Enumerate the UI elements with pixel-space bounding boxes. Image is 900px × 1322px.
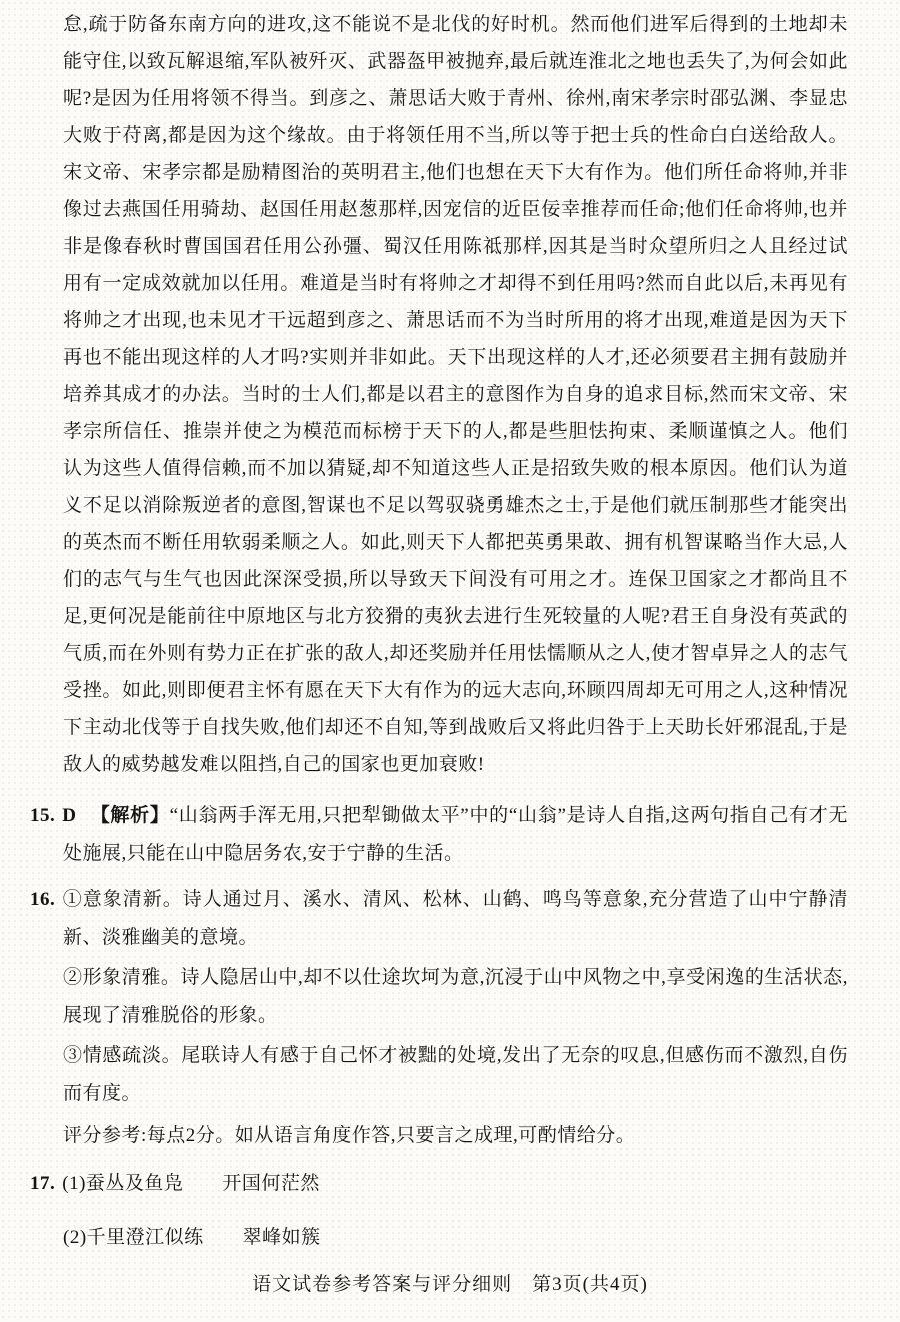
translation-paragraph: 怠,疏于防备东南方向的进攻,这不能说不是北伐的好时机。然而他们进军后得到的土地却… [63, 6, 848, 783]
item-16-point-3: ③情感疏淡。尾联诗人有感于自己怀才被黜的处境,发出了无奈的叹息,但感伤而不激烈,… [63, 1037, 848, 1113]
item-17-answer-1-row: 17.(1)蚕丛及鱼凫 开国何茫然 [63, 1165, 848, 1203]
item-16-point-2: ②形象清雅。诗人隐居山中,却不以仕途坎坷为意,沉浸于山中风物之中,享受闲逸的生活… [63, 959, 848, 1035]
item-16-point-1: ①意象清新。诗人通过月、溪水、清风、松林、山鹤、鸣鸟等意象,充分营造了山中宁静清… [62, 889, 848, 948]
page-content: 怠,疏于防备东南方向的进攻,这不能说不是北伐的好时机。然而他们进军后得到的土地却… [0, 0, 900, 1257]
item-16-scoring-note: 评分参考:每点2分。如从语言角度作答,只要言之成理,可酌情给分。 [63, 1117, 848, 1155]
item-16: 16.①意象清新。诗人通过月、溪水、清风、松林、山鹤、鸣鸟等意象,充分营造了山中… [63, 881, 848, 1155]
item-16-number: 16. [30, 889, 55, 910]
item-15-answer: D [62, 805, 76, 826]
item-17: 17.(1)蚕丛及鱼凫 开国何茫然 (2)千里澄江似练 翠峰如簇 [63, 1165, 848, 1257]
item-17-answer-2: (2)千里澄江似练 翠峰如簇 [63, 1219, 848, 1257]
item-17-number: 17. [30, 1173, 55, 1194]
item-15-text: “山翁两手浑无用,只把犁锄做太平”中的“山翁”是诗人自指,这两句指自己有才无处施… [63, 805, 848, 864]
item-15-analysis-label: 【解析】 [90, 805, 169, 826]
item-16-point-1-row: 16.①意象清新。诗人通过月、溪水、清风、松林、山鹤、鸣鸟等意象,充分营造了山中… [63, 881, 848, 957]
item-15-number: 15. [30, 805, 55, 826]
page-footer: 语文试卷参考答案与评分细则 第3页(共4页) [0, 1269, 900, 1296]
item-17-answer-1: (1)蚕丛及鱼凫 开国何茫然 [62, 1173, 320, 1194]
exam-answer-page: 怠,疏于防备东南方向的进攻,这不能说不是北伐的好时机。然而他们进军后得到的土地却… [0, 0, 900, 1322]
item-15: 15.D【解析】“山翁两手浑无用,只把犁锄做太平”中的“山翁”是诗人自指,这两句… [63, 797, 848, 873]
